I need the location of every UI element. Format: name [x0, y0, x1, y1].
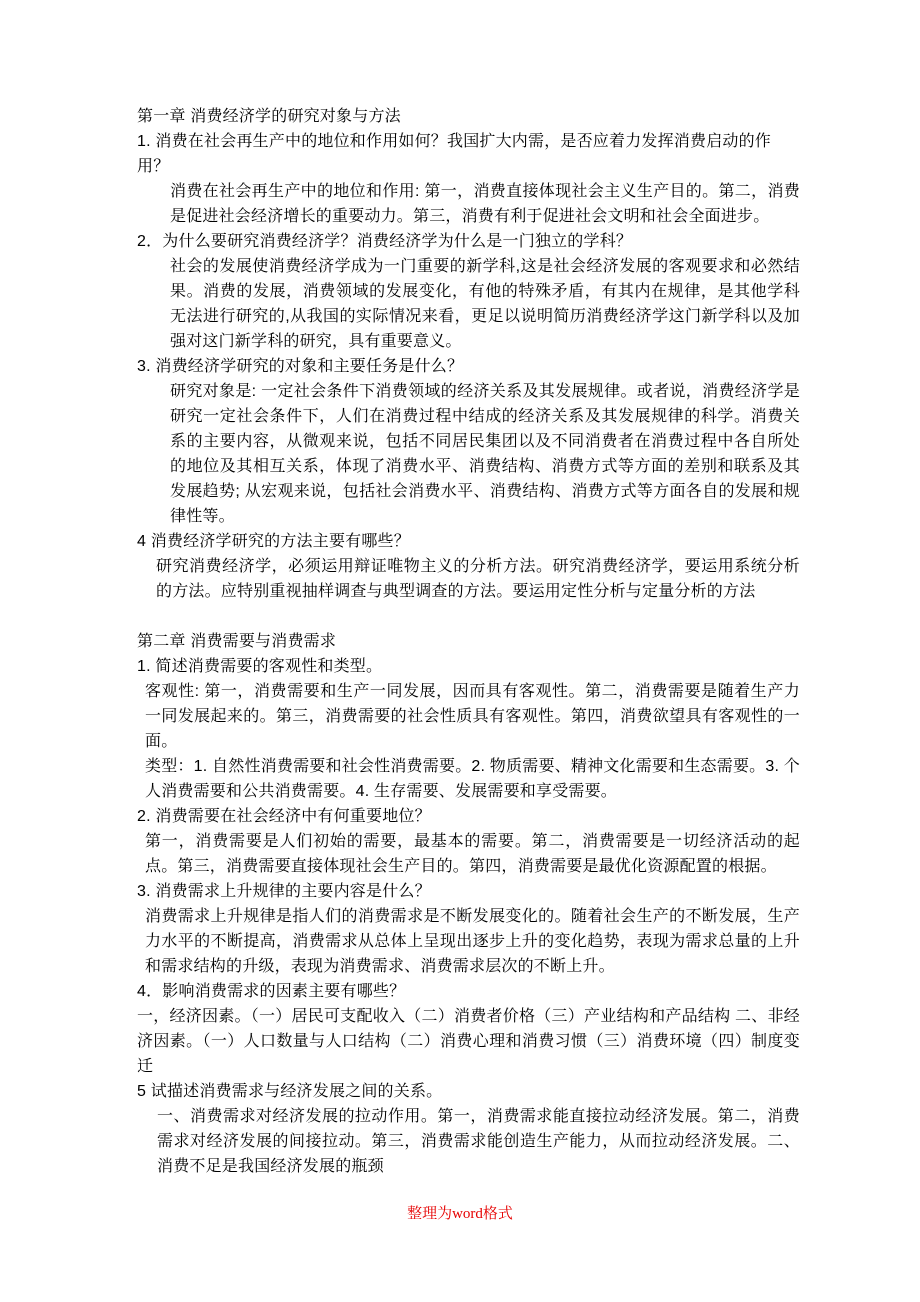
- answer-paragraph: 一，经济因素。（一）居民可支配收入（二）消费者价格（三）产业结构和产品结构 二、…: [137, 1004, 800, 1079]
- chapter-section: 第二章 消费需要与消费需求1. 简述消费需要的客观性和类型。客观性: 第一，消费…: [137, 629, 800, 1179]
- answer-paragraph: 消费在社会再生产中的地位和作用: 第一，消费直接体现社会主义生产目的。第二，消费…: [137, 179, 800, 229]
- question-paragraph: 1. 简述消费需要的客观性和类型。: [137, 654, 800, 679]
- question-paragraph: 2．为什么要研究消费经济学？消费经济学为什么是一门独立的学科？: [137, 229, 800, 254]
- question-paragraph: 3. 消费需求上升规律的主要内容是什么？: [137, 879, 800, 904]
- answer-paragraph: 社会的发展使消费经济学成为一门重要的新学科,这是社会经济发展的客观要求和必然结果…: [137, 254, 800, 354]
- chapter-heading: 第二章 消费需要与消费需求: [137, 629, 800, 654]
- document-page: 第一章 消费经济学的研究对象与方法1. 消费在社会再生产中的地位和作用如何？我国…: [0, 0, 920, 1302]
- answer-paragraph: 第一，消费需要是人们初始的需要，最基本的需要。第二，消费需要是一切经济活动的起点…: [137, 829, 800, 879]
- answer-paragraph: 研究消费经济学，必须运用辩证唯物主义的分析方法。研究消费经济学，要运用系统分析的…: [137, 554, 800, 604]
- question-paragraph: 3. 消费经济学研究的对象和主要任务是什么？: [137, 354, 800, 379]
- watermark-footer: 整理为word格式: [0, 1203, 920, 1225]
- answer-paragraph: 研究对象是: 一定社会条件下消费领域的经济关系及其发展规律。或者说，消费经济学是…: [137, 379, 800, 529]
- question-paragraph: 5 试描述消费需求与经济发展之间的关系。: [137, 1079, 800, 1104]
- answer-paragraph: 客观性: 第一，消费需要和生产一同发展，因而具有客观性。第二，消费需要是随着生产…: [137, 679, 800, 754]
- chapter-section: 第一章 消费经济学的研究对象与方法1. 消费在社会再生产中的地位和作用如何？我国…: [137, 104, 800, 604]
- answer-paragraph: 消费需求上升规律是指人们的消费需求是不断发展变化的。随着社会生产的不断发展，生产…: [137, 904, 800, 979]
- answer-paragraph: 类型：1. 自然性消费需要和社会性消费需要。2. 物质需要、精神文化需要和生态需…: [137, 754, 800, 804]
- answer-paragraph: 一、消费需求对经济发展的拉动作用。第一，消费需求能直接拉动经济发展。第二，消费需…: [137, 1104, 800, 1179]
- question-paragraph: 4．影响消费需求的因素主要有哪些？: [137, 979, 800, 1004]
- document-content: 第一章 消费经济学的研究对象与方法1. 消费在社会再生产中的地位和作用如何？我国…: [137, 104, 800, 1179]
- question-paragraph: 2. 消费需要在社会经济中有何重要地位？: [137, 804, 800, 829]
- question-paragraph: 1. 消费在社会再生产中的地位和作用如何？我国扩大内需，是否应着力发挥消费启动的…: [137, 129, 800, 179]
- question-paragraph: 4 消费经济学研究的方法主要有哪些？: [137, 529, 800, 554]
- watermark-text: 整理为word格式: [407, 1206, 513, 1222]
- chapter-heading: 第一章 消费经济学的研究对象与方法: [137, 104, 800, 129]
